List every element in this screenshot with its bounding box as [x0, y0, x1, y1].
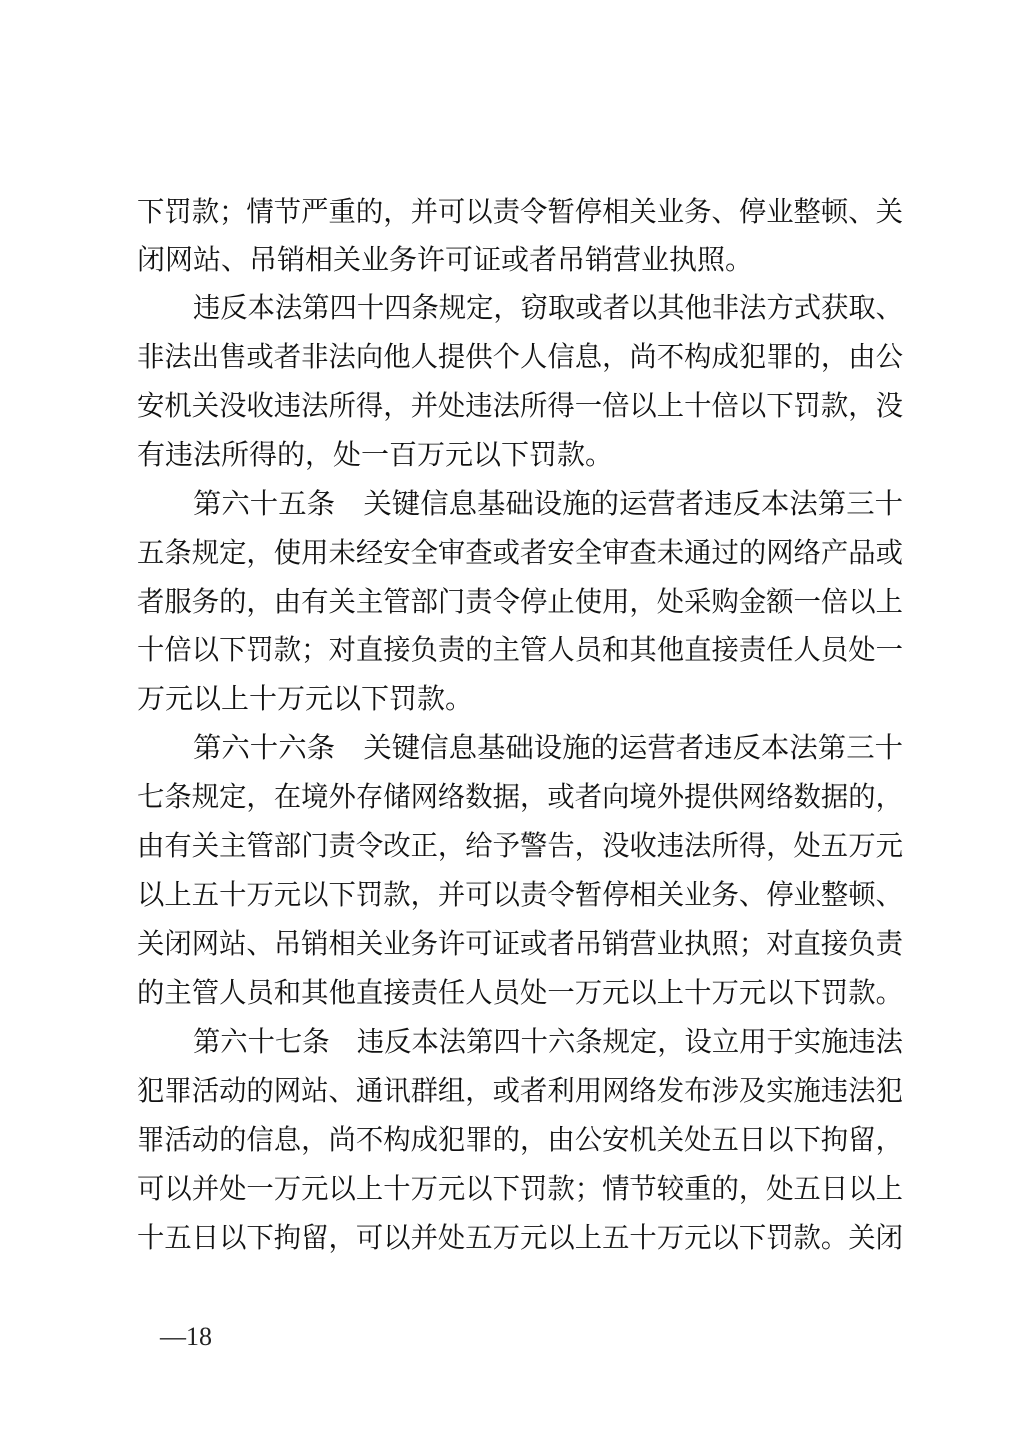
line-text: 第六十五条 关键信息基础设施的运营者违反本法第三十: [193, 484, 903, 524]
line-text: 第六十七条 违反本法第四十六条规定，设立用于实施违法: [193, 1022, 903, 1062]
line-text: 五条规定，使用未经安全审查或者安全审查未通过的网络产品或: [137, 533, 903, 573]
paragraph-line: 十五日以下拘留，可以并处五万元以上五十万元以下罚款。关闭: [137, 1218, 903, 1258]
line-text: 十五日以下拘留，可以并处五万元以上五十万元以下罚款。关闭: [137, 1218, 903, 1258]
paragraph-first-line: 第六十五条 关键信息基础设施的运营者违反本法第三十: [193, 484, 903, 524]
line-text: 十倍以下罚款；对直接负责的主管人员和其他直接责任人员处一: [137, 630, 903, 670]
line-text: 安机关没收违法所得，并处违法所得一倍以上十倍以下罚款，没: [137, 386, 903, 426]
paragraph-line: 犯罪活动的网站、通讯群组，或者利用网络发布涉及实施违法犯: [137, 1071, 903, 1111]
line-text: 七条规定，在境外存储网络数据，或者向境外提供网络数据的，: [137, 777, 903, 817]
line-text: 有违法所得的，处一百万元以下罚款。: [137, 435, 613, 475]
paragraph-first-line: 违反本法第四十四条规定，窃取或者以其他非法方式获取、: [193, 288, 903, 328]
paragraph-line: 安机关没收违法所得，并处违法所得一倍以上十倍以下罚款，没: [137, 386, 903, 426]
paragraph-first-line: 第六十七条 违反本法第四十六条规定，设立用于实施违法: [193, 1022, 903, 1062]
line-text: 以上五十万元以下罚款，并可以责令暂停相关业务、停业整顿、: [137, 875, 903, 915]
line-text: 闭网站、吊销相关业务许可证或者吊销营业执照。: [137, 240, 753, 280]
paragraph-line: 万元以上十万元以下罚款。: [137, 679, 903, 719]
line-text: 第六十六条 关键信息基础设施的运营者违反本法第三十: [193, 728, 903, 768]
page-number: —18: [160, 1322, 212, 1352]
document-page: 下罚款；情节严重的，并可以责令暂停相关业务、停业整顿、关闭网站、吊销相关业务许可…: [0, 0, 1024, 1450]
line-text: 的主管人员和其他直接责任人员处一万元以上十万元以下罚款。: [137, 973, 903, 1013]
line-text: 可以并处一万元以上十万元以下罚款；情节较重的，处五日以上: [137, 1169, 903, 1209]
paragraph-line: 以上五十万元以下罚款，并可以责令暂停相关业务、停业整顿、: [137, 875, 903, 915]
paragraph-line: 罪活动的信息，尚不构成犯罪的，由公安机关处五日以下拘留，: [137, 1120, 903, 1160]
line-text: 罪活动的信息，尚不构成犯罪的，由公安机关处五日以下拘留，: [137, 1120, 903, 1160]
paragraph-line: 七条规定，在境外存储网络数据，或者向境外提供网络数据的，: [137, 777, 903, 817]
paragraph-line: 闭网站、吊销相关业务许可证或者吊销营业执照。: [137, 240, 903, 280]
paragraph-line: 者服务的，由有关主管部门责令停止使用，处采购金额一倍以上: [137, 582, 903, 622]
paragraph-line: 有违法所得的，处一百万元以下罚款。: [137, 435, 903, 475]
paragraph-line: 关闭网站、吊销相关业务许可证或者吊销营业执照；对直接负责: [137, 924, 903, 964]
paragraph-line: 非法出售或者非法向他人提供个人信息，尚不构成犯罪的，由公: [137, 337, 903, 377]
paragraph-line: 五条规定，使用未经安全审查或者安全审查未通过的网络产品或: [137, 533, 903, 573]
line-text: 非法出售或者非法向他人提供个人信息，尚不构成犯罪的，由公: [137, 337, 903, 377]
paragraph-line: 十倍以下罚款；对直接负责的主管人员和其他直接责任人员处一: [137, 630, 903, 670]
line-text: 万元以上十万元以下罚款。: [137, 679, 473, 719]
paragraph-line: 的主管人员和其他直接责任人员处一万元以上十万元以下罚款。: [137, 973, 903, 1013]
line-text: 下罚款；情节严重的，并可以责令暂停相关业务、停业整顿、关: [137, 192, 903, 232]
line-text: 犯罪活动的网站、通讯群组，或者利用网络发布涉及实施违法犯: [137, 1071, 903, 1111]
paragraph-line: 可以并处一万元以上十万元以下罚款；情节较重的，处五日以上: [137, 1169, 903, 1209]
paragraph-line: 由有关主管部门责令改正，给予警告，没收违法所得，处五万元: [137, 826, 903, 866]
line-text: 违反本法第四十四条规定，窃取或者以其他非法方式获取、: [193, 288, 903, 328]
line-text: 者服务的，由有关主管部门责令停止使用，处采购金额一倍以上: [137, 582, 903, 622]
paragraph-line: 下罚款；情节严重的，并可以责令暂停相关业务、停业整顿、关: [137, 192, 903, 232]
paragraph-first-line: 第六十六条 关键信息基础设施的运营者违反本法第三十: [193, 728, 903, 768]
line-text: 由有关主管部门责令改正，给予警告，没收违法所得，处五万元: [137, 826, 903, 866]
line-text: 关闭网站、吊销相关业务许可证或者吊销营业执照；对直接负责: [137, 924, 903, 964]
